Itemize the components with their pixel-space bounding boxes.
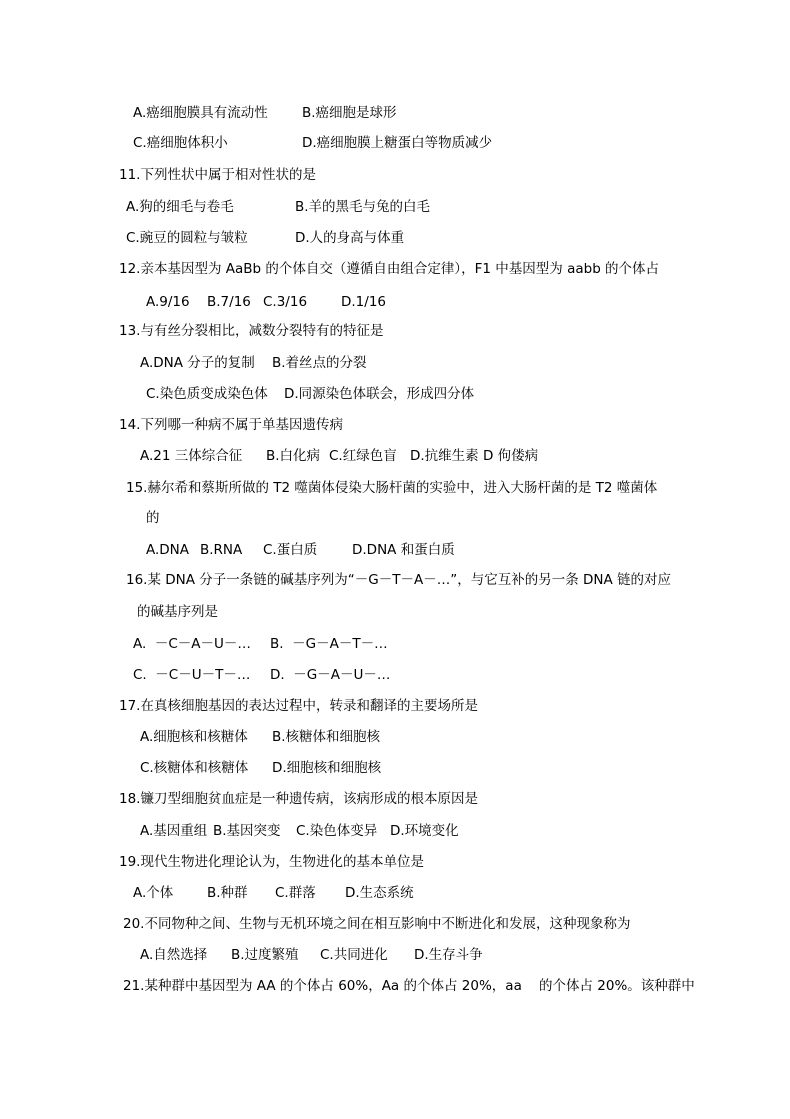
option-text: A.细胞核和核糖体 — [140, 728, 248, 746]
option-text: B.着丝点的分裂 — [272, 354, 367, 372]
option-text: B.核糖体和细胞核 — [272, 728, 380, 746]
option-text: B.羊的黑毛与兔的白毛 — [295, 198, 430, 216]
text-line: 21.某种群中基因型为 AA 的个体占 60%，Aa 的个体占 20%，aa 的… — [123, 977, 695, 995]
option-text: D.抗维生素 D 佝偻病 — [410, 447, 538, 465]
option-text: B.过度繁殖 — [231, 946, 299, 964]
text-line: 14.下列哪一种病不属于单基因遗传病 — [119, 416, 343, 434]
option-text: C.红绿色盲 — [329, 447, 397, 465]
option-text: A.癌细胞膜具有流动性 — [133, 104, 268, 122]
text-line: 的 — [146, 509, 160, 527]
option-text: A.个体 — [133, 884, 173, 902]
option-text: A.9/16 — [146, 293, 190, 311]
option-text: B.癌细胞是球形 — [302, 104, 397, 122]
option-text: D.生存斗争 — [414, 946, 483, 964]
text-line: 20.不同物种之间、生物与无机环境之间在相互影响中不断进化和发展，这种现象称为 — [123, 915, 630, 933]
option-text: C.蛋白质 — [263, 541, 317, 559]
option-text: D.细胞核和细胞核 — [272, 759, 381, 777]
option-text: B.基因突变 — [213, 822, 281, 840]
option-text: D.生态系统 — [345, 884, 414, 902]
text-line: 16.某 DNA 分子一条链的碱基序列为“－G－T－A－…”，与它互补的另一条 … — [126, 571, 671, 589]
option-text: A.自然选择 — [140, 946, 207, 964]
option-text: A.基因重组 — [140, 822, 207, 840]
text-line: 19.现代生物进化理论认为，生物进化的基本单位是 — [119, 853, 424, 871]
text-line: 11.下列性状中属于相对性状的是 — [119, 166, 316, 184]
option-text: A.DNA — [146, 541, 189, 559]
option-text: B.白化病 — [266, 447, 320, 465]
text-line: 15.赫尔希和蔡斯所做的 T2 噬菌体侵染大肠杆菌的实验中，进入大肠杆菌的是 T… — [126, 479, 657, 497]
option-text: D.同源染色体联会，形成四分体 — [284, 385, 474, 403]
option-text: A.狗的细毛与卷毛 — [126, 198, 234, 216]
text-line: 12.亲本基因型为 AaBb 的个体自交（遵循自由组合定律），F1 中基因型为 … — [119, 260, 659, 278]
option-text: B. －G－A－T－… — [270, 635, 388, 653]
text-line: 17.在真核细胞基因的表达过程中，转录和翻译的主要场所是 — [119, 697, 478, 715]
option-text: C.核糖体和核糖体 — [140, 759, 248, 777]
option-text: A.21 三体综合征 — [140, 447, 242, 465]
option-text: C.3/16 — [263, 293, 307, 311]
option-text: D.癌细胞膜上糖蛋白等物质减少 — [302, 134, 492, 152]
option-text: A.DNA 分子的复制 — [140, 354, 255, 372]
text-line: 18.镰刀型细胞贫血症是一种遗传病，该病形成的根本原因是 — [119, 790, 478, 808]
option-text: C.染色体变异 — [296, 822, 377, 840]
option-text: B.7/16 — [207, 293, 251, 311]
option-text: C.群落 — [275, 884, 316, 902]
option-text: A. －C－A－U－… — [133, 635, 251, 653]
option-text: C.癌细胞体积小 — [133, 134, 228, 152]
option-text: C.共同进化 — [320, 946, 388, 964]
option-text: D.DNA 和蛋白质 — [352, 541, 455, 559]
option-text: D.人的身高与体重 — [295, 229, 404, 247]
option-text: D. －G－A－U－… — [270, 666, 390, 684]
option-text: D.环境变化 — [390, 822, 459, 840]
option-text: B.RNA — [200, 541, 242, 559]
option-text: C.豌豆的圆粒与皱粒 — [126, 229, 248, 247]
option-text: C. －C－U－T－… — [133, 666, 250, 684]
text-line: 13.与有丝分裂相比，减数分裂特有的特征是 — [119, 322, 383, 340]
option-text: C.染色质变成染色体 — [146, 385, 268, 403]
text-line: 的碱基序列是 — [137, 603, 218, 621]
option-text: D.1/16 — [341, 293, 386, 311]
option-text: B.种群 — [207, 884, 248, 902]
